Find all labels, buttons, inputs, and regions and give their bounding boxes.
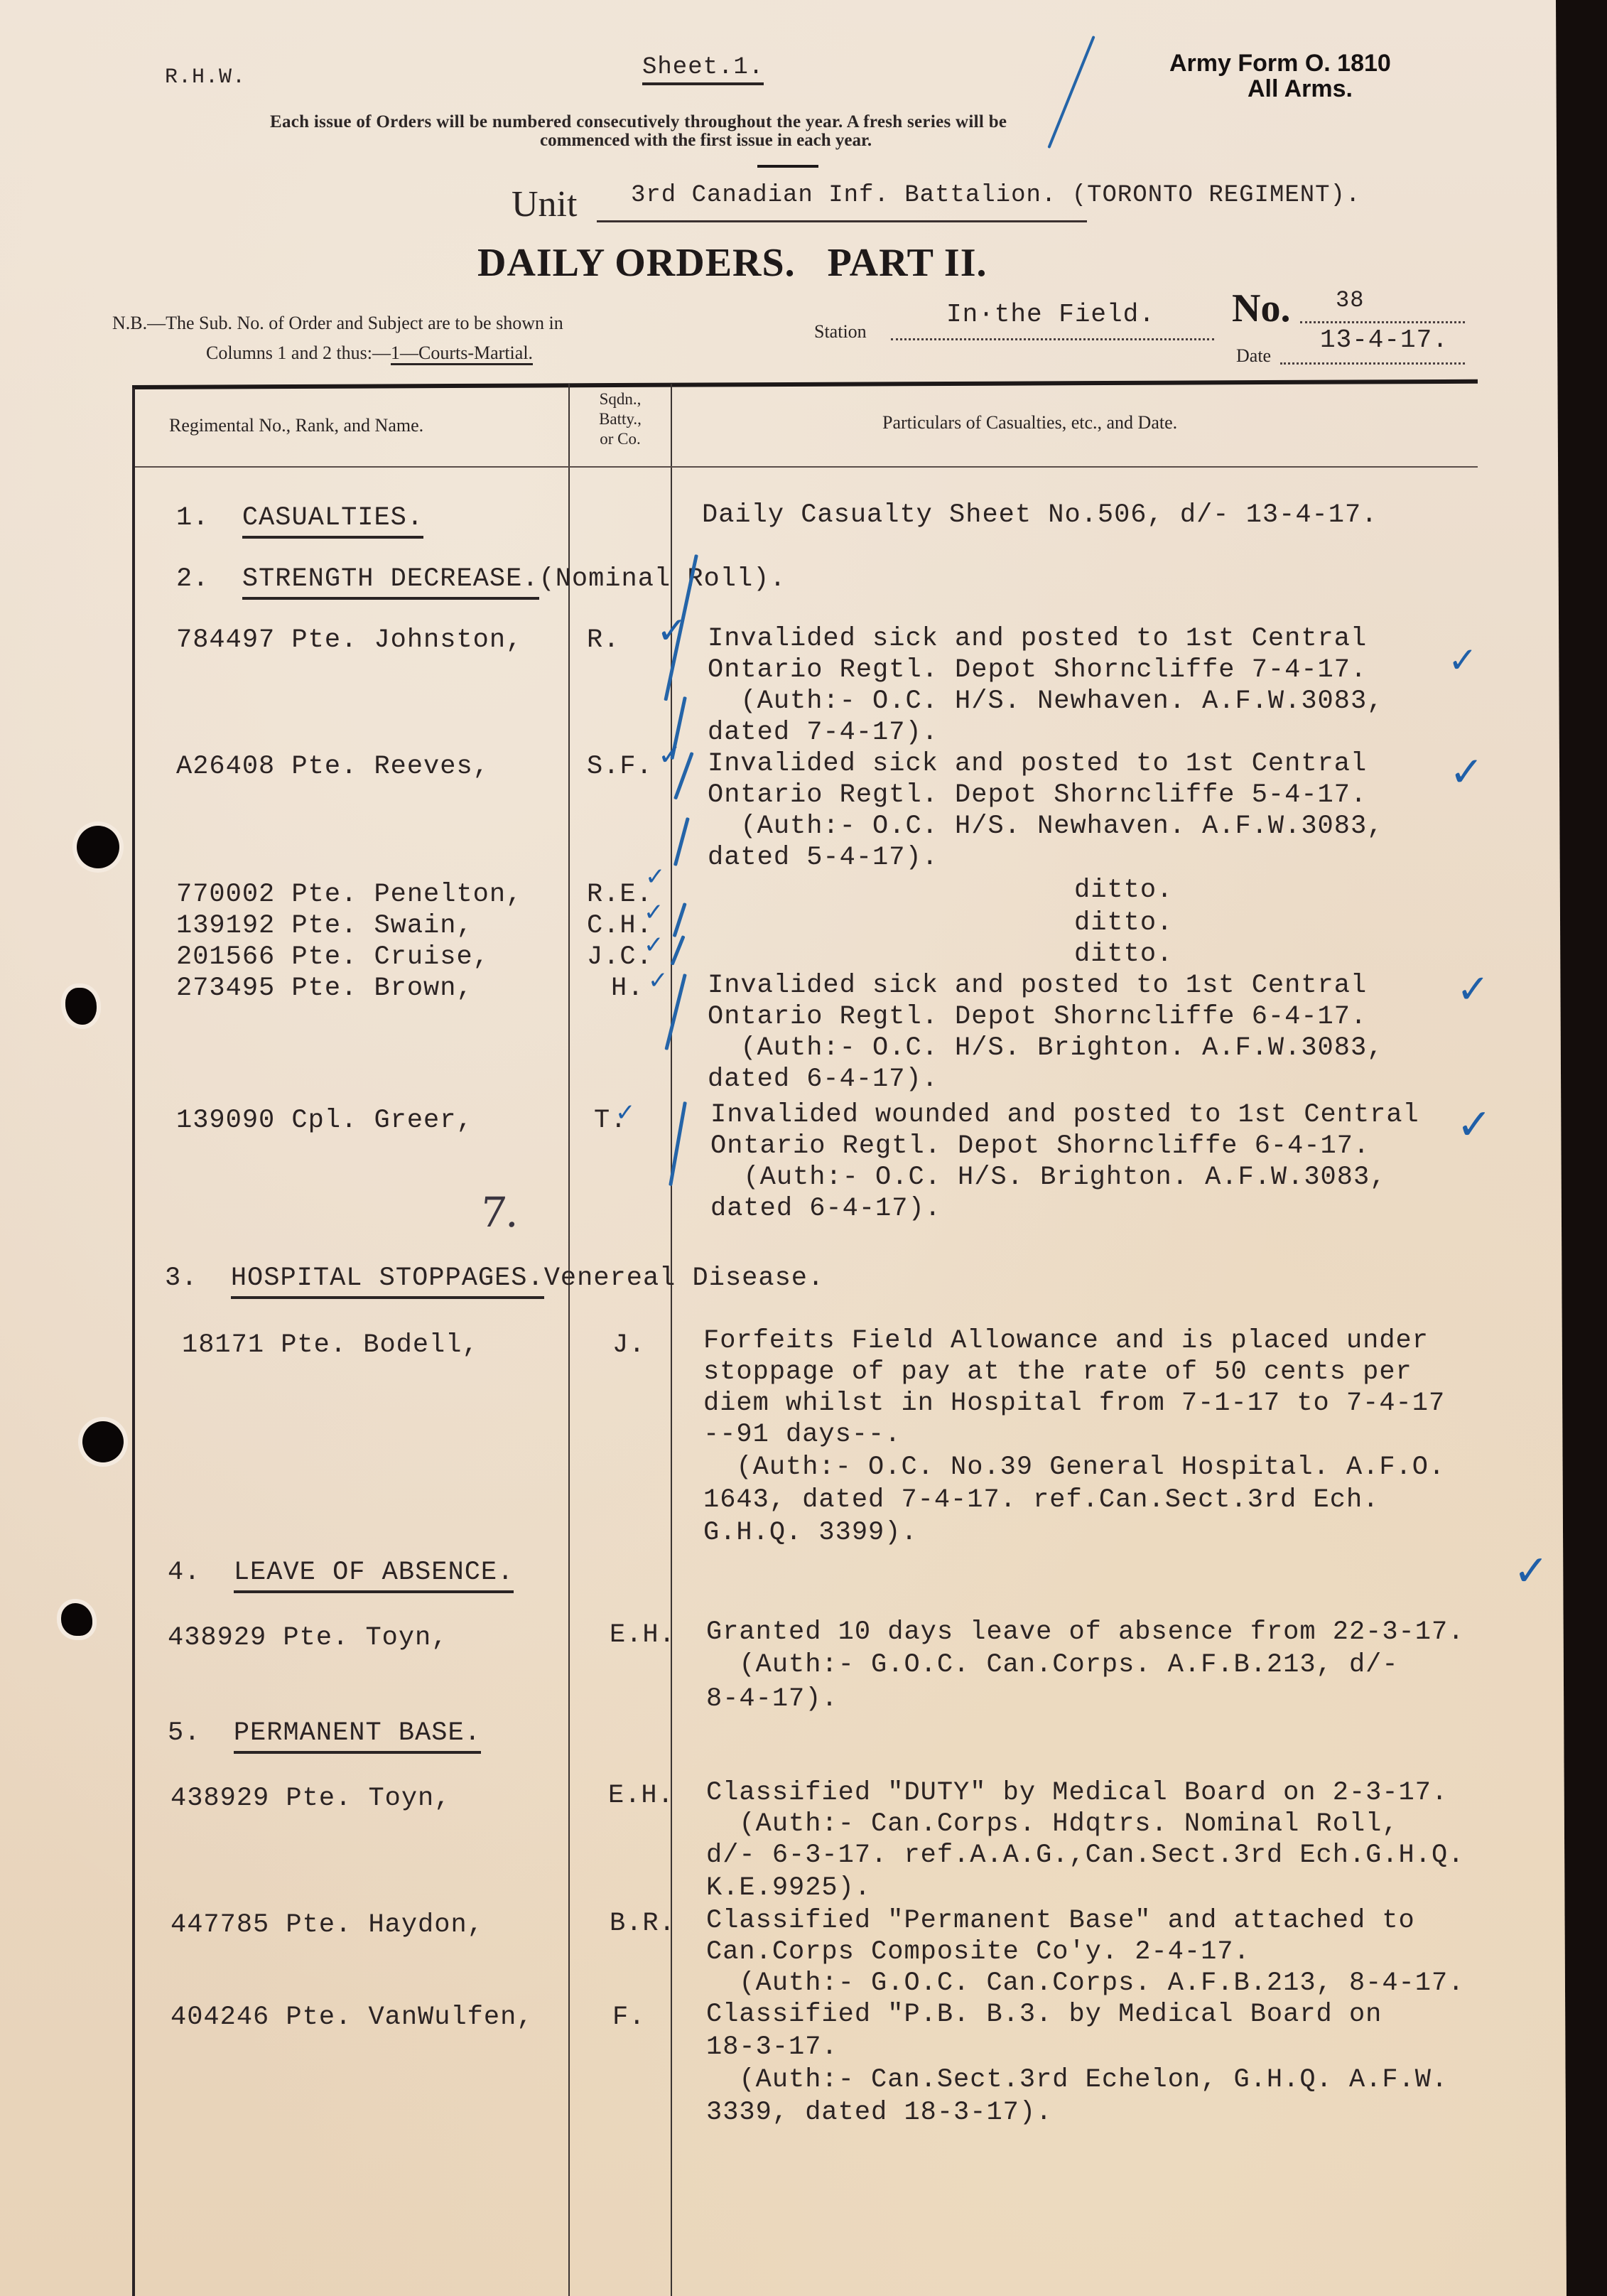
entry-name: 438929 Pte. Toyn,: [168, 1623, 448, 1653]
col-header-name: Regimental No., Rank, and Name.: [169, 415, 423, 436]
entry-name: 139192 Pte. Swain,: [176, 911, 473, 941]
station-dots: [891, 338, 1214, 340]
entry-initials: H.: [611, 974, 644, 1003]
blue-pencil-stroke: [671, 935, 686, 966]
entry-particulars: G.H.Q. 3399).: [703, 1518, 918, 1548]
section-number: 3.: [165, 1263, 198, 1293]
entry-particulars: (Auth:- O.C. H/S. Newhaven. A.F.W.3083,: [708, 686, 1383, 716]
punch-hole-torn: [65, 988, 97, 1025]
section-5: 5. PERMANENT BASE.: [168, 1718, 481, 1748]
entry-particulars: Classified "DUTY" by Medical Board on 2-…: [706, 1778, 1448, 1808]
section-number: 2.: [176, 564, 209, 594]
initials: R.H.W.: [165, 65, 246, 90]
unit-underline: [597, 220, 1087, 222]
entry-name: A26408 Pte. Reeves,: [176, 752, 489, 782]
order-number-value: 38: [1336, 287, 1364, 313]
entry-particulars: (Auth:- G.O.C. Can.Corps. A.F.B.213, 8-4…: [706, 1968, 1464, 1998]
section-4: 4. LEAVE OF ABSENCE.: [168, 1558, 514, 1588]
numbering-note: Each issue of Orders will be numbered co…: [270, 112, 1007, 132]
nb-note-2-text: Columns 1 and 2 thus:—: [206, 343, 391, 363]
checkmark-icon: ✓: [645, 863, 666, 891]
section-suffix: Venereal Disease.: [544, 1263, 824, 1293]
entry-name: 18171 Pte. Bodell,: [182, 1330, 479, 1360]
section-title: LEAVE OF ABSENCE.: [234, 1558, 514, 1593]
entry-initials: S.F.: [587, 752, 653, 782]
entry-particulars: 8-4-17).: [706, 1684, 838, 1714]
entry-particulars: Ontario Regtl. Depot Shorncliffe 7-4-17.: [708, 655, 1367, 685]
checkmark-icon: ✓: [1448, 640, 1478, 681]
table-left-border: [132, 388, 135, 2296]
section-1: 1. CASUALTIES.: [176, 503, 423, 533]
form-subtitle: All Arms.: [1248, 75, 1353, 103]
section-title: HOSPITAL STOPPAGES.: [231, 1263, 544, 1299]
entry-particulars: d/- 6-3-17. ref.A.A.G.,Can.Sect.3rd Ech.…: [706, 1840, 1464, 1870]
document-page: R.H.W. Sheet.1. Army Form O. 1810 All Ar…: [0, 0, 1567, 2296]
unit-value: 3rd Canadian Inf. Battalion. (TORONTO RE…: [631, 182, 1360, 209]
entry-particulars: 18-3-17.: [706, 2032, 838, 2062]
entry-name: 404246 Pte. VanWulfen,: [171, 2003, 533, 2032]
col-divider-sqdn: [568, 384, 570, 2296]
entry-particulars: Forfeits Field Allowance and is placed u…: [703, 1326, 1429, 1356]
entry-name: 273495 Pte. Brown,: [176, 974, 473, 1003]
entry-name: 438929 Pte. Toyn,: [171, 1784, 450, 1813]
date-dots: [1280, 362, 1465, 365]
unit-label: Unit: [512, 183, 577, 225]
entry-initials: R.E.: [587, 880, 653, 910]
col-header-sqdn-line: Sqdn.,: [581, 389, 659, 409]
entry-particulars: Invalided wounded and posted to 1st Cent…: [710, 1100, 1419, 1130]
entry-particulars: dated 5-4-17).: [708, 843, 938, 873]
col-header-sqdn: Sqdn., Batty., or Co.: [581, 389, 659, 449]
blue-pencil-stroke: [673, 902, 687, 937]
nb-note-2: Columns 1 and 2 thus:—1—Courts-Martial.: [206, 343, 533, 364]
entry-particulars: (Auth:- G.O.C. Can.Corps. A.F.B.213, d/-: [706, 1650, 1399, 1680]
entry-initials: J.C.: [587, 942, 653, 972]
blue-pencil-stroke: [1047, 36, 1095, 149]
entry-particulars: Can.Corps Composite Co'y. 2-4-17.: [706, 1937, 1250, 1967]
checkmark-icon: ✓: [648, 966, 669, 995]
entry-particulars: ditto.: [1074, 908, 1173, 938]
entry-name: 139090 Cpl. Greer,: [176, 1106, 473, 1136]
order-number-dots: [1300, 321, 1465, 323]
section-number: 1.: [176, 503, 209, 533]
entry-name: 784497 Pte. Johnston,: [176, 625, 522, 655]
punch-hole: [77, 826, 119, 868]
entry-particulars: 3339, dated 18-3-17).: [706, 2098, 1052, 2128]
checkmark-icon: ✓: [644, 898, 664, 927]
col-header-sqdn-line: or Co.: [581, 429, 659, 449]
col-header-sqdn-line: Batty.,: [581, 409, 659, 429]
entry-particulars: (Auth:- O.C. H/S. Brighton. A.F.W.3083,: [708, 1033, 1383, 1063]
punch-hole-torn: [61, 1603, 92, 1636]
section-suffix: (Nominal Roll).: [539, 564, 786, 594]
entry-particulars: (Auth:- Can.Corps. Hdqtrs. Nominal Roll,: [706, 1809, 1399, 1839]
station-value: In·the Field.: [946, 300, 1155, 329]
entry-name: 201566 Pte. Cruise,: [176, 942, 489, 972]
checkmark-icon: ✓: [1456, 966, 1490, 1013]
date-value: 13-4-17.: [1320, 325, 1449, 355]
entry-particulars: Invalided sick and posted to 1st Central: [708, 971, 1367, 1001]
entry-initials: R.: [587, 625, 619, 655]
station-label: Station: [814, 321, 867, 343]
entry-name: 770002 Pte. Penelton,: [176, 880, 522, 910]
pencil-mark: 7.: [477, 1188, 521, 1236]
entry-particulars: dated 6-4-17).: [708, 1065, 938, 1094]
checkmark-icon: ✓: [1456, 1100, 1492, 1150]
entry-particulars: dated 7-4-17).: [708, 718, 938, 748]
entry-name: 447785 Pte. Haydon,: [171, 1910, 484, 1940]
entry-particulars: (Auth:- O.C. No.39 General Hospital. A.F…: [703, 1452, 1445, 1482]
entry-particulars: Ontario Regtl. Depot Shorncliffe 6-4-17.: [708, 1002, 1367, 1032]
entry-particulars: Invalided sick and posted to 1st Central: [708, 749, 1367, 779]
entry-initials: E.H.: [608, 1781, 674, 1811]
entry-particulars: --91 days--.: [703, 1420, 901, 1450]
checkmark-icon: ✓: [615, 1099, 636, 1127]
checkmark-icon: ✓: [658, 739, 682, 772]
punch-hole: [82, 1421, 124, 1462]
sheet-number: Sheet.1.: [642, 54, 764, 85]
section-number: 4.: [168, 1558, 200, 1588]
entry-initials: C.H.: [587, 911, 653, 941]
header-divider: [757, 165, 818, 168]
section-1-particulars: Daily Casualty Sheet No.506, d/- 13-4-17…: [702, 500, 1378, 530]
order-number-label: No.: [1232, 286, 1290, 331]
entry-initials: E.H.: [610, 1620, 676, 1650]
entry-particulars: Granted 10 days leave of absence from 22…: [706, 1617, 1464, 1647]
numbering-note-2: commenced with the first issue in each y…: [540, 131, 872, 151]
checkmark-icon: ✓: [1449, 748, 1484, 796]
section-number: 5.: [168, 1718, 200, 1748]
checkmark-icon: ✓: [1513, 1546, 1549, 1596]
section-title: PERMANENT BASE.: [234, 1718, 481, 1754]
entry-particulars: Ontario Regtl. Depot Shorncliffe 6-4-17.: [710, 1131, 1370, 1161]
entry-initials: J.: [612, 1330, 645, 1360]
form-title: Army Form O. 1810: [1169, 50, 1391, 77]
nb-note: N.B.—The Sub. No. of Order and Subject a…: [112, 313, 563, 334]
date-label: Date: [1236, 345, 1271, 367]
entry-particulars: stoppage of pay at the rate of 50 cents …: [703, 1357, 1412, 1387]
table-top-rule: [132, 379, 1478, 389]
entry-particulars: K.E.9925).: [706, 1873, 871, 1903]
entry-particulars: Classified "P.B. B.3. by Medical Board o…: [706, 2000, 1382, 2030]
entry-particulars: Ontario Regtl. Depot Shorncliffe 5-4-17.: [708, 780, 1367, 810]
entry-particulars: ditto.: [1074, 875, 1173, 905]
entry-particulars: ditto.: [1074, 939, 1173, 969]
blue-pencil-stroke: [673, 817, 690, 866]
page-title: DAILY ORDERS. PART II.: [477, 240, 988, 286]
entry-initials: B.R.: [610, 1909, 676, 1939]
entry-initials: F.: [612, 2003, 645, 2032]
entry-particulars: (Auth:- O.C. H/S. Newhaven. A.F.W.3083,: [708, 812, 1383, 841]
entry-particulars: Invalided sick and posted to 1st Central: [708, 624, 1367, 654]
entry-particulars: (Auth:- Can.Sect.3rd Echelon, G.H.Q. A.F…: [706, 2065, 1448, 2095]
section-title: CASUALTIES.: [242, 503, 423, 539]
col-header-particulars: Particulars of Casualties, etc., and Dat…: [882, 412, 1177, 433]
entry-particulars: (Auth:- O.C. H/S. Brighton. A.F.W.3083,: [710, 1163, 1386, 1192]
header-bottom-rule: [135, 466, 1478, 468]
entry-particulars: 1643, dated 7-4-17. ref.Can.Sect.3rd Ech…: [703, 1485, 1379, 1515]
section-3: 3. HOSPITAL STOPPAGES.Venereal Disease.: [165, 1263, 824, 1293]
entry-particulars: Classified "Permanent Base" and attached…: [706, 1906, 1415, 1936]
checkmark-icon: ✓: [656, 610, 688, 652]
entry-particulars: diem whilst in Hospital from 7-1-17 to 7…: [703, 1389, 1445, 1418]
entry-particulars: dated 6-4-17).: [710, 1194, 941, 1224]
nb-example: 1—Courts-Martial.: [391, 343, 533, 365]
section-title: STRENGTH DECREASE.: [242, 564, 539, 600]
checkmark-icon: ✓: [644, 931, 664, 959]
